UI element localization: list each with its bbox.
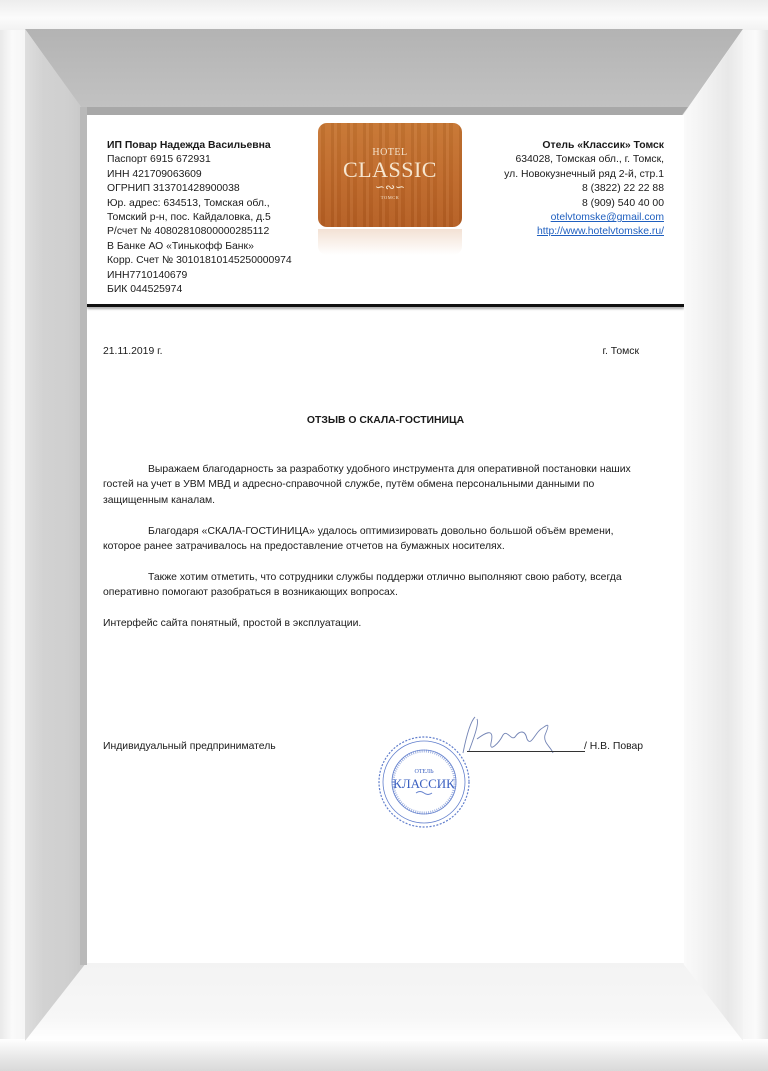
hotel-address-line: ул. Новокузнечный ряд 2-й, стр.1	[504, 168, 664, 182]
body-paragraph: Выражаем благодарность за разработку удо…	[103, 462, 643, 508]
hotel-address-line: 634028, Томская обл., г. Томск,	[504, 153, 664, 167]
frame-inner-edge-top	[80, 107, 688, 115]
hotel-logo: HOTEL CLASSIC ∽∾∽ ТОМСК	[318, 123, 462, 227]
letter-page: ИП Повар Надежда Васильевна Паспорт 6915…	[87, 115, 684, 963]
hotel-phone: 8 (909) 540 40 00	[504, 197, 664, 211]
header-separator	[87, 304, 684, 307]
sender-name: ИП Повар Надежда Васильевна	[107, 139, 292, 153]
letter-date: 21.11.2019 г.	[103, 346, 163, 357]
hotel-details: Отель «Классик» Томск 634028, Томская об…	[504, 139, 664, 240]
hotel-email-link[interactable]: otelvtomske@gmail.com	[551, 212, 664, 223]
letter-title: ОТЗЫВ О СКАЛА-ГОСТИНИЦА	[87, 415, 684, 426]
letter-body: Выражаем благодарность за разработку удо…	[103, 462, 643, 647]
hotel-phone: 8 (3822) 22 22 88	[504, 182, 664, 196]
body-paragraph: Интерфейс сайта понятный, простой в эксп…	[103, 616, 643, 631]
frame-bevel-top	[25, 29, 743, 115]
ornament-icon: ∽∾∽	[318, 181, 462, 193]
signature-line	[467, 751, 585, 752]
frame-bevel-bottom	[25, 963, 743, 1041]
sender-details: ИП Повар Надежда Васильевна Паспорт 6915…	[107, 139, 292, 297]
frame-bevel-left	[25, 29, 87, 1041]
sender-line: Паспорт 6915 672931	[107, 153, 292, 167]
body-paragraph: Благодаря «СКАЛА-ГОСТИНИЦА» удалось опти…	[103, 524, 643, 555]
signer-name: / Н.В. Повар	[584, 741, 643, 752]
sender-line: БИК 044525974	[107, 283, 292, 297]
letter-city: г. Томск	[603, 346, 640, 357]
signature-icon	[455, 713, 595, 763]
sender-line: Юр. адрес: 634513, Томская обл.,	[107, 197, 292, 211]
sender-line: ОГРНИП 313701428900038	[107, 182, 292, 196]
body-paragraph: Также хотим отметить, что сотрудники слу…	[103, 570, 643, 601]
hotel-name: Отель «Классик» Томск	[504, 139, 664, 153]
sender-line: ИНН7710140679	[107, 269, 292, 283]
logo-city-text: ТОМСК	[318, 195, 462, 200]
sender-line: Р/счет № 40802810800000285112	[107, 225, 292, 239]
hotel-website-link[interactable]: http://www.hotelvtomske.ru/	[537, 226, 664, 237]
frame-bevel-right	[684, 29, 743, 1041]
stamp-top-text: ОТЕЛЬ	[414, 769, 434, 775]
logo-reflection	[318, 229, 462, 255]
sender-line: ИНН 421709063609	[107, 168, 292, 182]
sender-line: Томский р-н, пос. Кайдаловка, д.5	[107, 211, 292, 225]
stamp-main-text: КЛАССИК	[393, 776, 455, 791]
frame-inner-edge-left	[80, 107, 87, 965]
sender-line: В Банке АО «Тинькофф Банк»	[107, 240, 292, 254]
sender-line: Корр. Счет № 30101810145250000974	[107, 254, 292, 268]
signer-position: Индивидуальный предприниматель	[103, 741, 276, 752]
